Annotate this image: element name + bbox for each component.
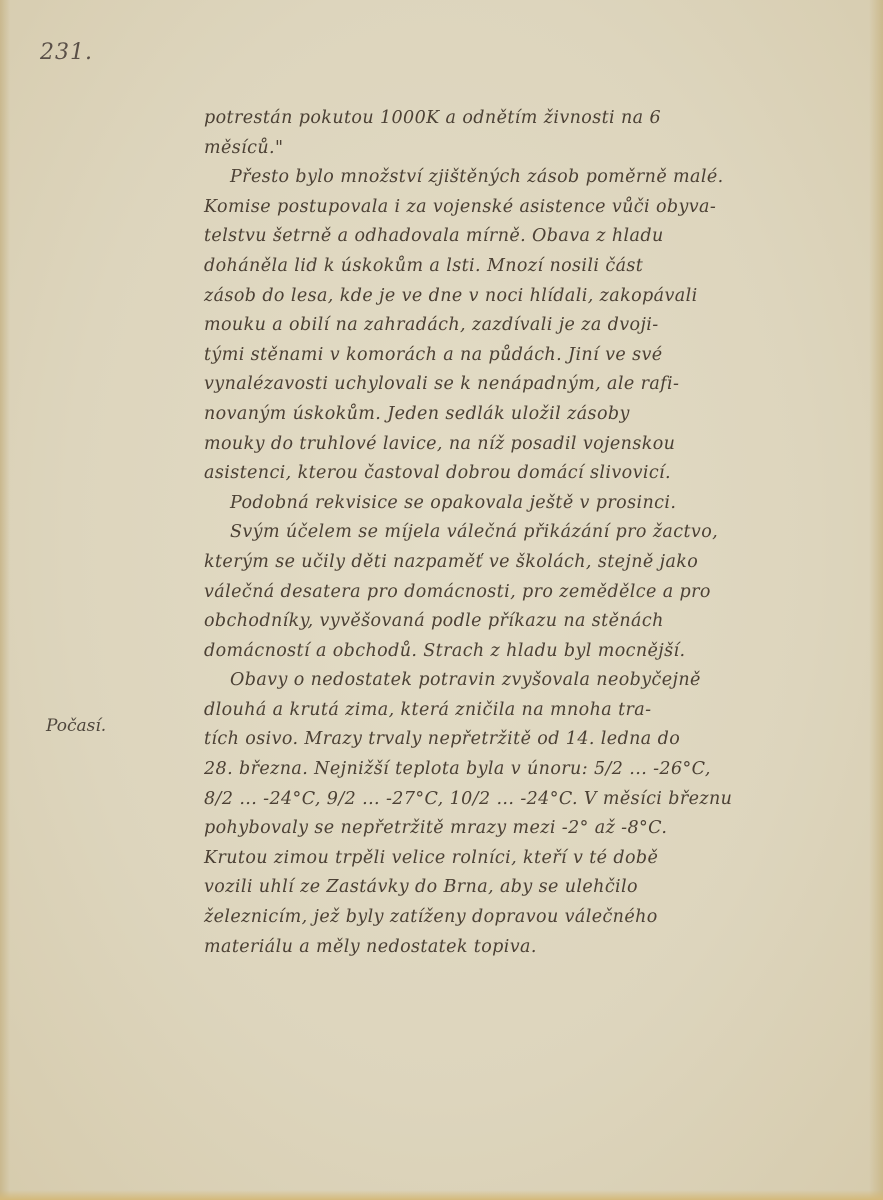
text-line: Svým účelem se míjela válečná přikázání … [204, 518, 864, 548]
text-line: novaným úskokům. Jeden sedlák uložil zás… [204, 400, 864, 430]
text-line: 28. března. Nejnižší teplota byla v únor… [204, 755, 864, 785]
text-line: telstvu šetrně a odhadovala mírně. Obava… [204, 222, 864, 252]
text-line: zásob do lesa, kde je ve dne v noci hlíd… [204, 282, 864, 312]
handwritten-body: potrestán pokutou 1000K a odnětím živnos… [204, 104, 864, 962]
text-line: Komise postupovala i za vojenské asisten… [204, 193, 864, 223]
text-line: Přesto bylo množství zjištěných zásob po… [204, 163, 864, 193]
text-line: Krutou zimou trpěli velice rolníci, kteř… [204, 844, 864, 874]
text-line: Obavy o nedostatek potravin zvyšovala ne… [204, 666, 864, 696]
text-line: doháněla lid k úskokům a lsti. Mnozí nos… [204, 252, 864, 282]
text-line: dlouhá a krutá zima, která zničila na mn… [204, 696, 864, 726]
page-number: 231. [40, 40, 93, 65]
page-edge-right [869, 0, 883, 1200]
text-line: potrestán pokutou 1000K a odnětím živnos… [204, 104, 864, 134]
text-line: válečná desatera pro domácnosti, pro zem… [204, 578, 864, 608]
page-edge-bottom [0, 1190, 883, 1200]
text-line: obchodníky, vyvěšovaná podle příkazu na … [204, 607, 864, 637]
margin-note-weather: Počasí. [46, 716, 106, 736]
text-line: Podobná rekvisice se opakovala ještě v p… [204, 489, 864, 519]
text-line: železnicím, jež byly zatíženy dopravou v… [204, 903, 864, 933]
text-line: měsíců." [204, 134, 864, 164]
text-line: kterým se učily děti nazpaměť ve školách… [204, 548, 864, 578]
text-line: asistenci, kterou častoval dobrou domácí… [204, 459, 864, 489]
text-line: pohybovaly se nepřetržitě mrazy mezi -2°… [204, 814, 864, 844]
text-line: domácností a obchodů. Strach z hladu byl… [204, 637, 864, 667]
text-line: materiálu a měly nedostatek topiva. [204, 933, 864, 963]
page-edge-left [0, 0, 10, 1200]
text-line: mouku a obilí na zahradách, zazdívali je… [204, 311, 864, 341]
text-line: tými stěnami v komorách a na půdách. Jin… [204, 341, 864, 371]
text-line: vozili uhlí ze Zastávky do Brna, aby se … [204, 873, 864, 903]
text-line: tích osivo. Mrazy trvaly nepřetržitě od … [204, 725, 864, 755]
text-line: mouky do truhlové lavice, na níž posadil… [204, 430, 864, 460]
text-line: vynalézavosti uchylovali se k nenápadným… [204, 370, 864, 400]
text-line: 8/2 ... -24°C, 9/2 ... -27°C, 10/2 ... -… [204, 785, 864, 815]
